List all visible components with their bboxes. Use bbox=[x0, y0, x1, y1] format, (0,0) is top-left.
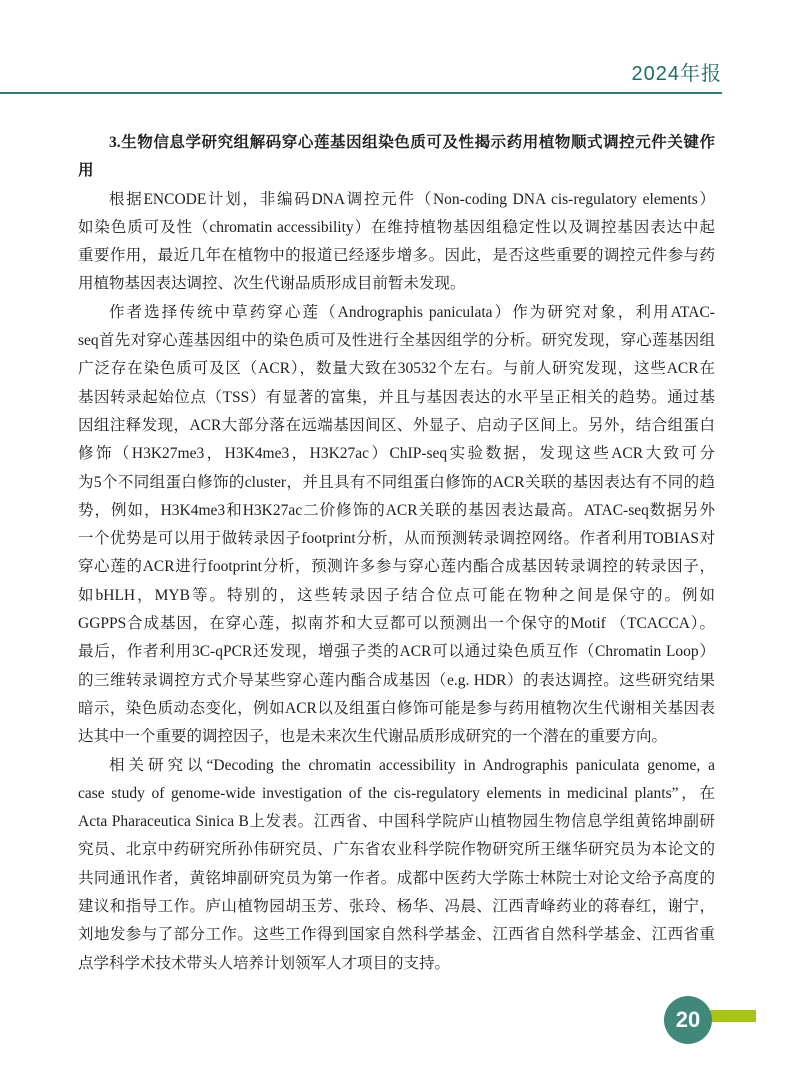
text-line: 共同通讯作者，黄铭坤副研究员为第一作者。成都中医药大学陈士林院士对论文给予高度的 bbox=[78, 865, 715, 893]
latin-text: TCACCA bbox=[627, 615, 690, 632]
latin-text: seq bbox=[78, 332, 99, 349]
latin-text: Andrographis paniculata bbox=[338, 304, 493, 321]
latin-text: DNA bbox=[311, 191, 345, 208]
latin-text: footprint bbox=[301, 530, 355, 547]
text-line: GGPPS合成基因，在穿心莲，拟南芥和大豆都可以预测出一个保守的Motif （T… bbox=[78, 610, 715, 638]
report-year-label: 2024年报 bbox=[632, 62, 723, 86]
latin-text: 30532 bbox=[398, 360, 437, 377]
latin-text: ATAC- bbox=[671, 304, 715, 321]
text-line: 因组注释发现，ACR大部分落在远端基因间区、外显子、启动子区间上。另外，结合组蛋… bbox=[78, 412, 715, 440]
text-line: seq首先对穿心莲基因组中的染色质可及性进行全基因组学的分析。研究发现，穿心莲基… bbox=[78, 327, 715, 355]
latin-text: H3K27ac bbox=[243, 502, 302, 519]
latin-text: e.g. HDR bbox=[447, 672, 507, 689]
text-line: 修饰（H3K27me3，H3K4me3，H3K27ac）ChIP-seq实验数据… bbox=[78, 440, 715, 468]
header-rule bbox=[0, 92, 722, 94]
latin-text: 3. bbox=[109, 134, 121, 151]
latin-text: Acta Pharaceutica Sinica B bbox=[78, 813, 249, 830]
text-line: 达其中一个重要的调控因子，也是未来次生代谢品质形成研究的一个潜在的重要方向。 bbox=[78, 723, 715, 751]
latin-text: ACR bbox=[258, 360, 290, 377]
latin-text: ACR bbox=[189, 417, 221, 434]
latin-text: ACR bbox=[667, 360, 699, 377]
latin-text: chromatin accessibility bbox=[209, 219, 353, 236]
text-line: 一个优势是可以用于做转录因子footprint分析，从而预测转录调控网络。作者利… bbox=[78, 525, 715, 553]
article-body: 3.生物信息学研究组解码穿心莲基因组染色质可及性揭示药用植物顺式调控元件关键作用… bbox=[78, 129, 715, 978]
latin-text: “Decoding the chromatin accessibility in… bbox=[207, 757, 715, 774]
text-line: 用 bbox=[78, 157, 715, 185]
latin-text: bHLH bbox=[96, 587, 136, 604]
text-line: 穿心莲的ACR进行footprint分析，预测许多参与穿心莲内酯合成基因转录调控… bbox=[78, 553, 715, 581]
latin-text: ATAC-seq bbox=[584, 502, 649, 519]
paragraph: 根据ENCODE计划，非编码DNA调控元件（Non-coding DNA cis… bbox=[78, 186, 715, 299]
page-number-badge: 20 bbox=[664, 996, 712, 1044]
text-line: 势，例如，H3K4me3和H3K27ac二价修饰的ACR关联的基因表达最高。AT… bbox=[78, 497, 715, 525]
latin-text: TOBIAS bbox=[643, 530, 699, 547]
latin-text: Chromatin Loop bbox=[595, 643, 699, 660]
latin-text: H3K27me3 bbox=[132, 445, 204, 462]
latin-text: H3K4me3 bbox=[225, 445, 290, 462]
latin-text: Motif bbox=[570, 615, 610, 632]
text-line: 广泛存在染色质可及区（ACR），数量大致在30532个左右。与前人研究发现，这些… bbox=[78, 355, 715, 383]
latin-text: 3C-qPCR bbox=[192, 643, 252, 660]
text-line: 用植物基因表达调控、次生代谢品质形成目前暂未发现。 bbox=[78, 270, 715, 298]
text-line: 刘地发参与了部分工作。这些工作得到国家自然科学基金、江西省自然科学基金、江西省重 bbox=[78, 921, 715, 949]
latin-text: ACR bbox=[611, 445, 643, 462]
text-line: 最后，作者利用3C-qPCR还发现，增强子类的ACR可以通过染色质互作（Chro… bbox=[78, 638, 715, 666]
text-line: 的三维转录调控方式介导某些穿心莲内酯合成基因（e.g. HDR）的表达调控。这些… bbox=[78, 667, 715, 695]
latin-text: ACR bbox=[386, 502, 418, 519]
latin-text: ACR bbox=[493, 474, 525, 491]
text-line: 建议和指导工作。庐山植物园胡玉芳、张玲、杨华、冯晨、江西青峰药业的蒋春红，谢宁， bbox=[78, 893, 715, 921]
text-line: 暗示，染色质动态变化，例如ACR以及组蛋白修饰可能是参与药用植物次生代谢相关基因… bbox=[78, 695, 715, 723]
text-line: 如bHLH，MYB等。特别的，这些转录因子结合位点可能在物种之间是保守的。例如 bbox=[78, 582, 715, 610]
paragraph: 相关研究以“Decoding the chromatin accessibili… bbox=[78, 752, 715, 978]
text-line: 点学科学术技术带头人培养计划领军人才项目的支持。 bbox=[78, 950, 715, 978]
text-line: 3.生物信息学研究组解码穿心莲基因组染色质可及性揭示药用植物顺式调控元件关键作 bbox=[78, 129, 715, 157]
paragraph: 作者选择传统中草药穿心莲（Andrographis paniculata）作为研… bbox=[78, 299, 715, 752]
latin-text: ACR bbox=[285, 700, 317, 717]
text-line: case study of genome-wide investigation … bbox=[78, 780, 715, 808]
text-line: 根据ENCODE计划，非编码DNA调控元件（Non-coding DNA cis… bbox=[78, 186, 715, 214]
text-line: 究员、北京中药研究所孙伟研究员、广东省农业科学院作物研究所王继华研究员为本论文的 bbox=[78, 836, 715, 864]
latin-text: H3K4me3 bbox=[161, 502, 226, 519]
latin-text: ENCODE bbox=[143, 191, 206, 208]
latin-text: TSS bbox=[223, 389, 250, 406]
latin-text: footprint bbox=[208, 558, 262, 575]
latin-text: ChIP-seq bbox=[389, 445, 447, 462]
text-line: Acta Pharaceutica Sinica B上发表。江西省、中国科学院庐… bbox=[78, 808, 715, 836]
paragraph: 3.生物信息学研究组解码穿心莲基因组染色质可及性揭示药用植物顺式调控元件关键作用 bbox=[78, 129, 715, 186]
text-line: 作者选择传统中草药穿心莲（Andrographis paniculata）作为研… bbox=[78, 299, 715, 327]
text-line: 重要作用，最近几年在植物中的报道已经逐步增多。因此，是否这些重要的调控元件参与药 bbox=[78, 242, 715, 270]
latin-text: GGPPS bbox=[78, 615, 126, 632]
latin-text: cluster bbox=[245, 474, 286, 491]
text-line: 基因转录起始位点（TSS）有显著的富集，并且与基因表达的水平呈正相关的趋势。通过… bbox=[78, 384, 715, 412]
page-accent-bar bbox=[706, 1010, 756, 1022]
latin-text: MYB bbox=[155, 587, 190, 604]
text-line: 相关研究以“Decoding the chromatin accessibili… bbox=[78, 752, 715, 780]
latin-text: H3K27ac bbox=[310, 445, 369, 462]
latin-text: Non-coding DNA cis-regulatory elements bbox=[433, 191, 698, 208]
text-line: 如染色质可及性（chromatin accessibility）在维持植物基因组… bbox=[78, 214, 715, 242]
page-number: 20 bbox=[676, 1007, 700, 1033]
latin-text: ACR bbox=[143, 558, 175, 575]
text-line: 为5个不同组蛋白修饰的cluster，并且具有不同组蛋白修饰的ACR关联的基因表… bbox=[78, 469, 715, 497]
latin-text: case study of genome-wide investigation … bbox=[78, 785, 678, 802]
latin-text: 5 bbox=[94, 474, 102, 491]
latin-text: ACR bbox=[400, 643, 432, 660]
